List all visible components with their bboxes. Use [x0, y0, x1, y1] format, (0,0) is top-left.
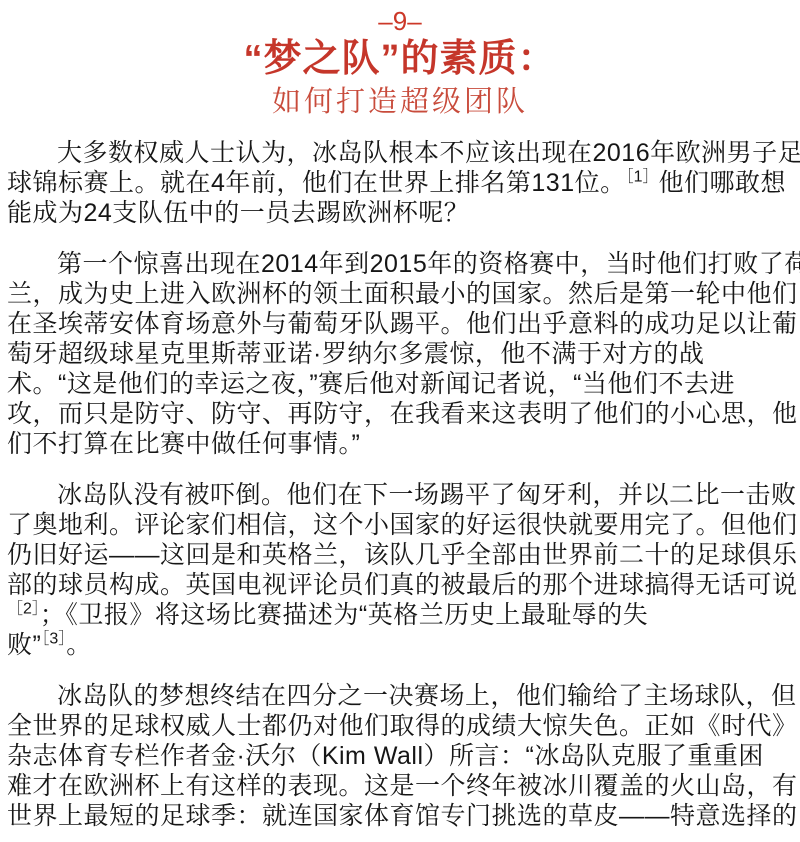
text-line: 冰岛队没有被吓倒。他们在下一场踢平了匈牙利，并以二比一击败: [7, 480, 793, 510]
text-line: 仍旧好运——这回是和英格兰，该队几乎全部由世界前二十的足球俱乐: [7, 540, 793, 570]
text-line: 术。“这是他们的幸运之夜，”赛后他对新闻记者说，“当他们不去进: [7, 369, 793, 399]
article-body: 大多数权威人士认为，冰岛队根本不应该出现在2016年欧洲男子足球锦标赛上。就在4…: [7, 138, 793, 831]
text-line: 部的球员构成。英国电视评论员们真的被最后的那个进球搞得无话可说: [7, 570, 793, 600]
text-line: 大多数权威人士认为，冰岛队根本不应该出现在2016年欧洲男子足: [7, 138, 793, 168]
text-line: 兰，成为史上进入欧洲杯的领土面积最小的国家。然后是第一轮中他们: [7, 279, 793, 309]
text-line: ［2］；《卫报》将这场比赛描述为“英格兰历史上最耻辱的失: [7, 600, 793, 630]
text-line: 杂志体育专栏作者金·沃尔（Kim Wall）所言：“冰岛队克服了重重困: [7, 741, 793, 771]
paragraph: 第一个惊喜出现在2014年到2015年的资格赛中，当时他们打败了荷兰，成为史上进…: [7, 249, 793, 459]
text-line: 在圣埃蒂安体育场意外与葡萄牙队踢平。他们出乎意料的成功足以让葡: [7, 309, 793, 339]
footnote-marker[interactable]: ［1］: [626, 169, 659, 186]
footnote-marker[interactable]: ［3］: [41, 631, 66, 648]
text-line: 世界上最短的足球季：就连国家体育馆专门挑选的草皮——特意选择的: [7, 801, 793, 831]
paragraph: 冰岛队没有被吓倒。他们在下一场踢平了匈牙利，并以二比一击败了奥地利。评论家们相信…: [7, 480, 793, 660]
paragraph: 大多数权威人士认为，冰岛队根本不应该出现在2016年欧洲男子足球锦标赛上。就在4…: [7, 138, 793, 228]
text-line: 难才在欧洲杯上有这样的表现。这是一个终年被冰川覆盖的火山岛，有: [7, 771, 793, 801]
book-page: –9– “梦之队”的素质： 如何打造超级团队 大多数权威人士认为，冰岛队根本不应…: [0, 0, 800, 842]
footnote-marker[interactable]: ［2］: [7, 601, 40, 618]
chapter-title: “梦之队”的素质：: [7, 36, 793, 82]
page-number: –9–: [7, 8, 793, 34]
paragraph: 冰岛队的梦想终结在四分之一决赛场上，他们输给了主场球队，但全世界的足球权威人士都…: [7, 681, 793, 831]
text-line: 败”［3］。: [7, 630, 793, 660]
text-line: 能成为24支队伍中的一员去踢欧洲杯呢？: [7, 198, 793, 228]
chapter-subtitle: 如何打造超级团队: [7, 84, 793, 118]
text-line: 全世界的足球权威人士都仍对他们取得的成绩大惊失色。正如《时代》: [7, 711, 793, 741]
text-line: 冰岛队的梦想终结在四分之一决赛场上，他们输给了主场球队，但: [7, 681, 793, 711]
text-line: 第一个惊喜出现在2014年到2015年的资格赛中，当时他们打败了荷: [7, 249, 793, 279]
text-line: 攻，而只是防守、防守、再防守，在我看来这表明了他们的小心思，他: [7, 399, 793, 429]
text-line: 萄牙超级球星克里斯蒂亚诺·罗纳尔多震惊，他不满于对方的战: [7, 339, 793, 369]
text-line: 们不打算在比赛中做任何事情。”: [7, 429, 793, 459]
text-line: 球锦标赛上。就在4年前，他们在世界上排名第131位。［1］他们哪敢想: [7, 168, 793, 198]
text-line: 了奥地利。评论家们相信，这个小国家的好运很快就要用完了。但他们: [7, 510, 793, 540]
